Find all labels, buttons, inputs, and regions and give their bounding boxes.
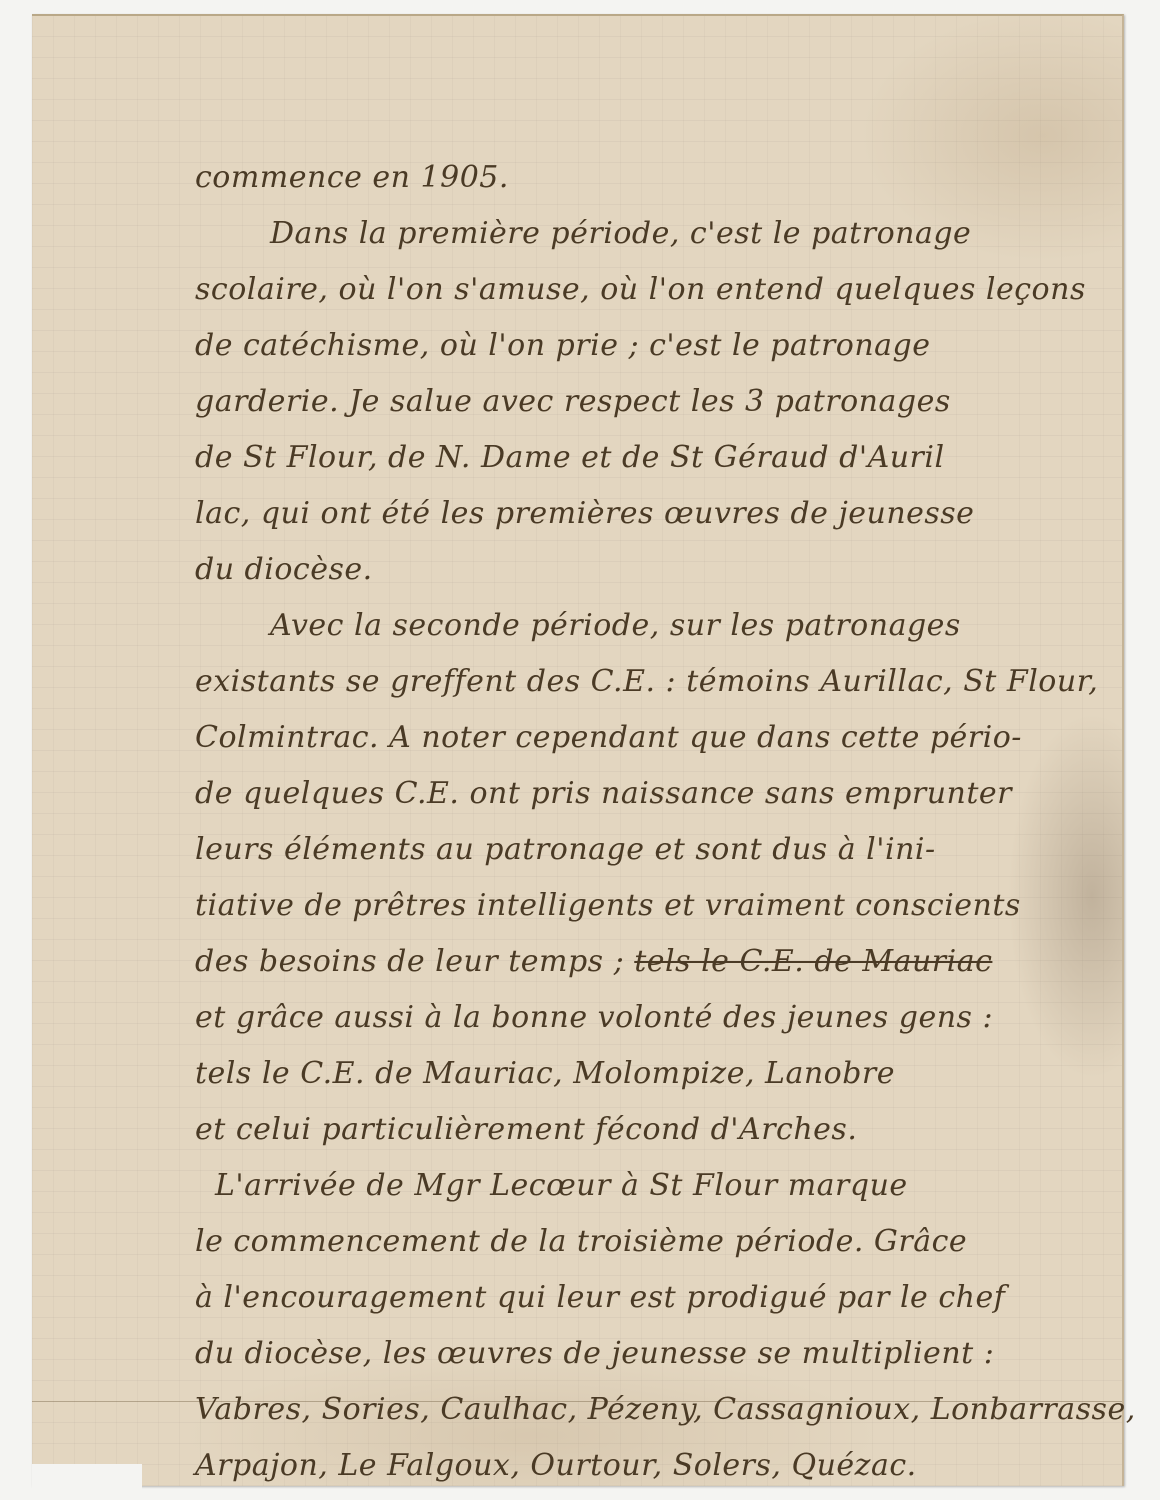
text-line: et grâce aussi à la bonne volonté des je… — [195, 990, 1045, 1046]
text-line: tiative de prêtres intelligents et vraim… — [195, 878, 1045, 934]
text-line: Arpajon, Le Falgoux, Ourtour, Solers, Qu… — [195, 1438, 1045, 1494]
text-line: de catéchisme, où l'on prie ; c'est le p… — [195, 318, 1045, 374]
text-line: Dans la première période, c'est le patro… — [195, 206, 1045, 262]
torn-corner — [32, 1464, 142, 1494]
text-line: de St Flour, de N. Dame et de St Géraud … — [195, 430, 1045, 486]
text-line: Vabres, Sories, Caulhac, Pézeny, Cassagn… — [195, 1382, 1045, 1438]
text-line: scolaire, où l'on s'amuse, où l'on enten… — [195, 262, 1045, 318]
text-line: L'arrivée de Mgr Lecœur à St Flour marqu… — [195, 1158, 1045, 1214]
text-line: des besoins de leur temps ; tels le C.E.… — [195, 934, 1045, 990]
text-line: existants se greffent des C.E. : témoins… — [195, 654, 1045, 710]
text-line: du diocèse. — [195, 542, 1045, 598]
text-line: de quelques C.E. ont pris naissance sans… — [195, 766, 1045, 822]
text-line: commence en 1905. — [195, 150, 1045, 206]
struck-through-text: tels le C.E. de Mauriac — [634, 944, 992, 979]
text-line: leurs éléments au patronage et sont dus … — [195, 822, 1045, 878]
text-line: du diocèse, les œuvres de jeunesse se mu… — [195, 1326, 1045, 1382]
text-line: et celui particulièrement fécond d'Arche… — [195, 1102, 1045, 1158]
text-line: garderie. Je salue avec respect les 3 pa… — [195, 374, 1045, 430]
text-line: lac, qui ont été les premières œuvres de… — [195, 486, 1045, 542]
handwritten-text-body: commence en 1905. Dans la première pério… — [195, 150, 1045, 1494]
text-line: tels le C.E. de Mauriac, Molompize, Lano… — [195, 1046, 1045, 1102]
text-line: à l'encouragement qui leur est prodigué … — [195, 1270, 1045, 1326]
text-line: Colmintrac. A noter cependant que dans c… — [195, 710, 1045, 766]
text-line: le commencement de la troisième période.… — [195, 1214, 1045, 1270]
text-line-kept: des besoins de leur temps ; — [195, 944, 624, 979]
text-line: Avec la seconde période, sur les patrona… — [195, 598, 1045, 654]
